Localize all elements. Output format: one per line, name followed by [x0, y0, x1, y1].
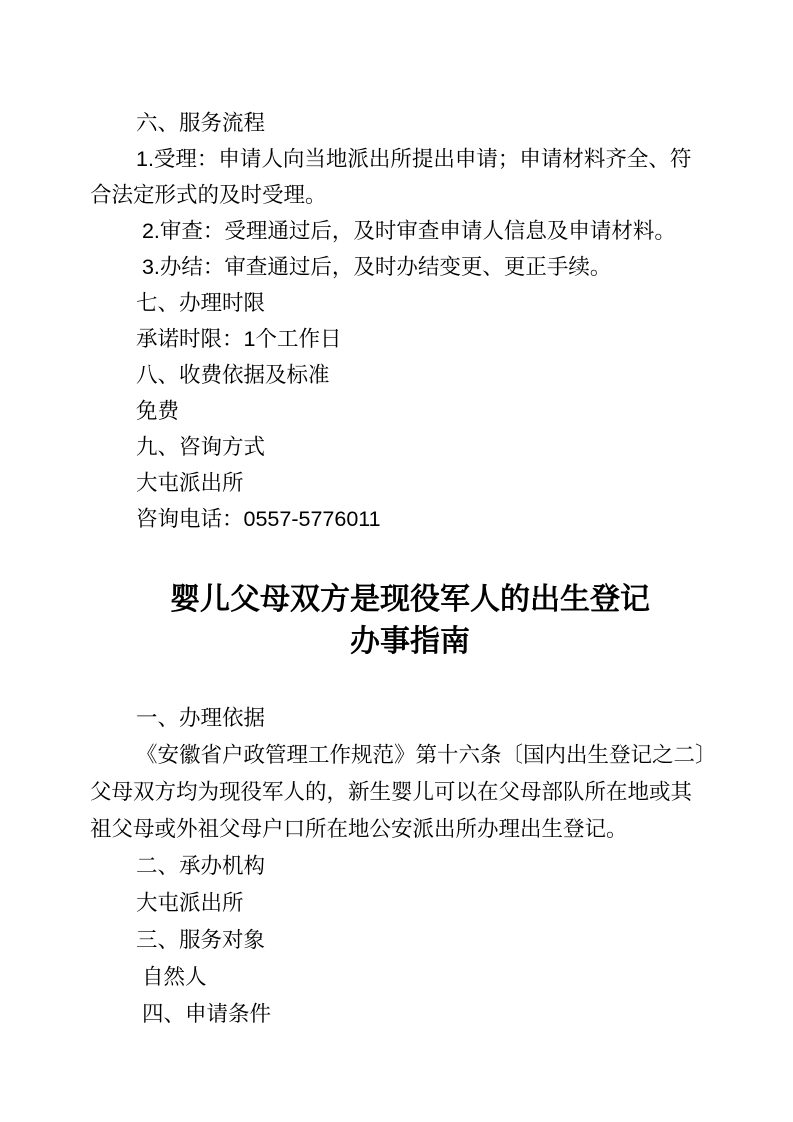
guide1-tail-section: 六、服务流程 1.受理：申请人向当地派出所提出申请；申请材料齐全、符 合法定形式…	[90, 105, 730, 537]
para-promised-time-limit: 承诺时限：1个工作日	[90, 321, 730, 357]
text-line: 大屯派出所	[90, 885, 730, 922]
para-step-acceptance: 1.受理：申请人向当地派出所提出申请；申请材料齐全、符 合法定形式的及时受理。	[90, 141, 730, 213]
para-step-review: 2.审查：受理通过后，及时审查申请人信息及申请材料。	[90, 213, 730, 249]
text-line: 咨询电话：0557-5776011	[90, 501, 730, 537]
heading-time-limit: 七、办理时限	[90, 285, 730, 321]
doc-title-line: 婴儿父母双方是现役军人的出生登记	[90, 579, 730, 621]
text-line: 八、收费依据及标准	[90, 357, 730, 393]
guide2-section: 一、办理依据 《安徽省户政管理工作规范》第十六条〔国内出生登记之二〕 父母双方均…	[90, 700, 730, 1033]
para-fee-free: 免费	[90, 393, 730, 429]
heading-undertaking-agency: 二、承办机构	[90, 848, 730, 885]
heading-service-target: 三、服务对象	[90, 922, 730, 959]
doc-title-line: 办事指南	[90, 621, 730, 663]
doc-title: 婴儿父母双方是现役军人的出生登记 办事指南	[90, 579, 730, 663]
text-line: 六、服务流程	[90, 105, 730, 141]
text-line: 3.办结：审查通过后，及时办结变更、更正手续。	[90, 249, 730, 285]
text-line: 免费	[90, 393, 730, 429]
heading-service-flow: 六、服务流程	[90, 105, 730, 141]
para-legal-basis-text: 《安徽省户政管理工作规范》第十六条〔国内出生登记之二〕 父母双方均为现役军人的，…	[90, 737, 730, 848]
para-service-target-value: 自然人	[90, 959, 730, 996]
text-line: 承诺时限：1个工作日	[90, 321, 730, 357]
text-line: 九、咨询方式	[90, 429, 730, 465]
text-line: 合法定形式的及时受理。	[90, 177, 730, 213]
para-step-completion: 3.办结：审查通过后，及时办结变更、更正手续。	[90, 249, 730, 285]
text-line: 七、办理时限	[90, 285, 730, 321]
heading-fee-basis: 八、收费依据及标准	[90, 357, 730, 393]
para-agency-name: 大屯派出所	[90, 465, 730, 501]
text-line: 祖父母或外祖父母户口所在地公安派出所办理出生登记。	[90, 811, 730, 848]
heading-legal-basis: 一、办理依据	[90, 700, 730, 737]
text-line: 2.审查：受理通过后，及时审查申请人信息及申请材料。	[90, 213, 730, 249]
text-line: 自然人	[90, 959, 730, 996]
text-line: 二、承办机构	[90, 848, 730, 885]
text-line: 一、办理依据	[90, 700, 730, 737]
text-line: 父母双方均为现役军人的，新生婴儿可以在父母部队所在地或其	[90, 774, 730, 811]
para-undertaking-agency-name: 大屯派出所	[90, 885, 730, 922]
heading-consultation-method: 九、咨询方式	[90, 429, 730, 465]
text-line: 四、申请条件	[90, 996, 730, 1033]
document-page: 六、服务流程 1.受理：申请人向当地派出所提出申请；申请材料齐全、符 合法定形式…	[0, 0, 793, 1122]
text-line: 《安徽省户政管理工作规范》第十六条〔国内出生登记之二〕	[90, 737, 730, 774]
text-line: 1.受理：申请人向当地派出所提出申请；申请材料齐全、符	[90, 141, 730, 177]
text-line: 三、服务对象	[90, 922, 730, 959]
heading-application-conditions: 四、申请条件	[90, 996, 730, 1033]
para-consultation-phone: 咨询电话：0557-5776011	[90, 501, 730, 537]
text-line: 大屯派出所	[90, 465, 730, 501]
